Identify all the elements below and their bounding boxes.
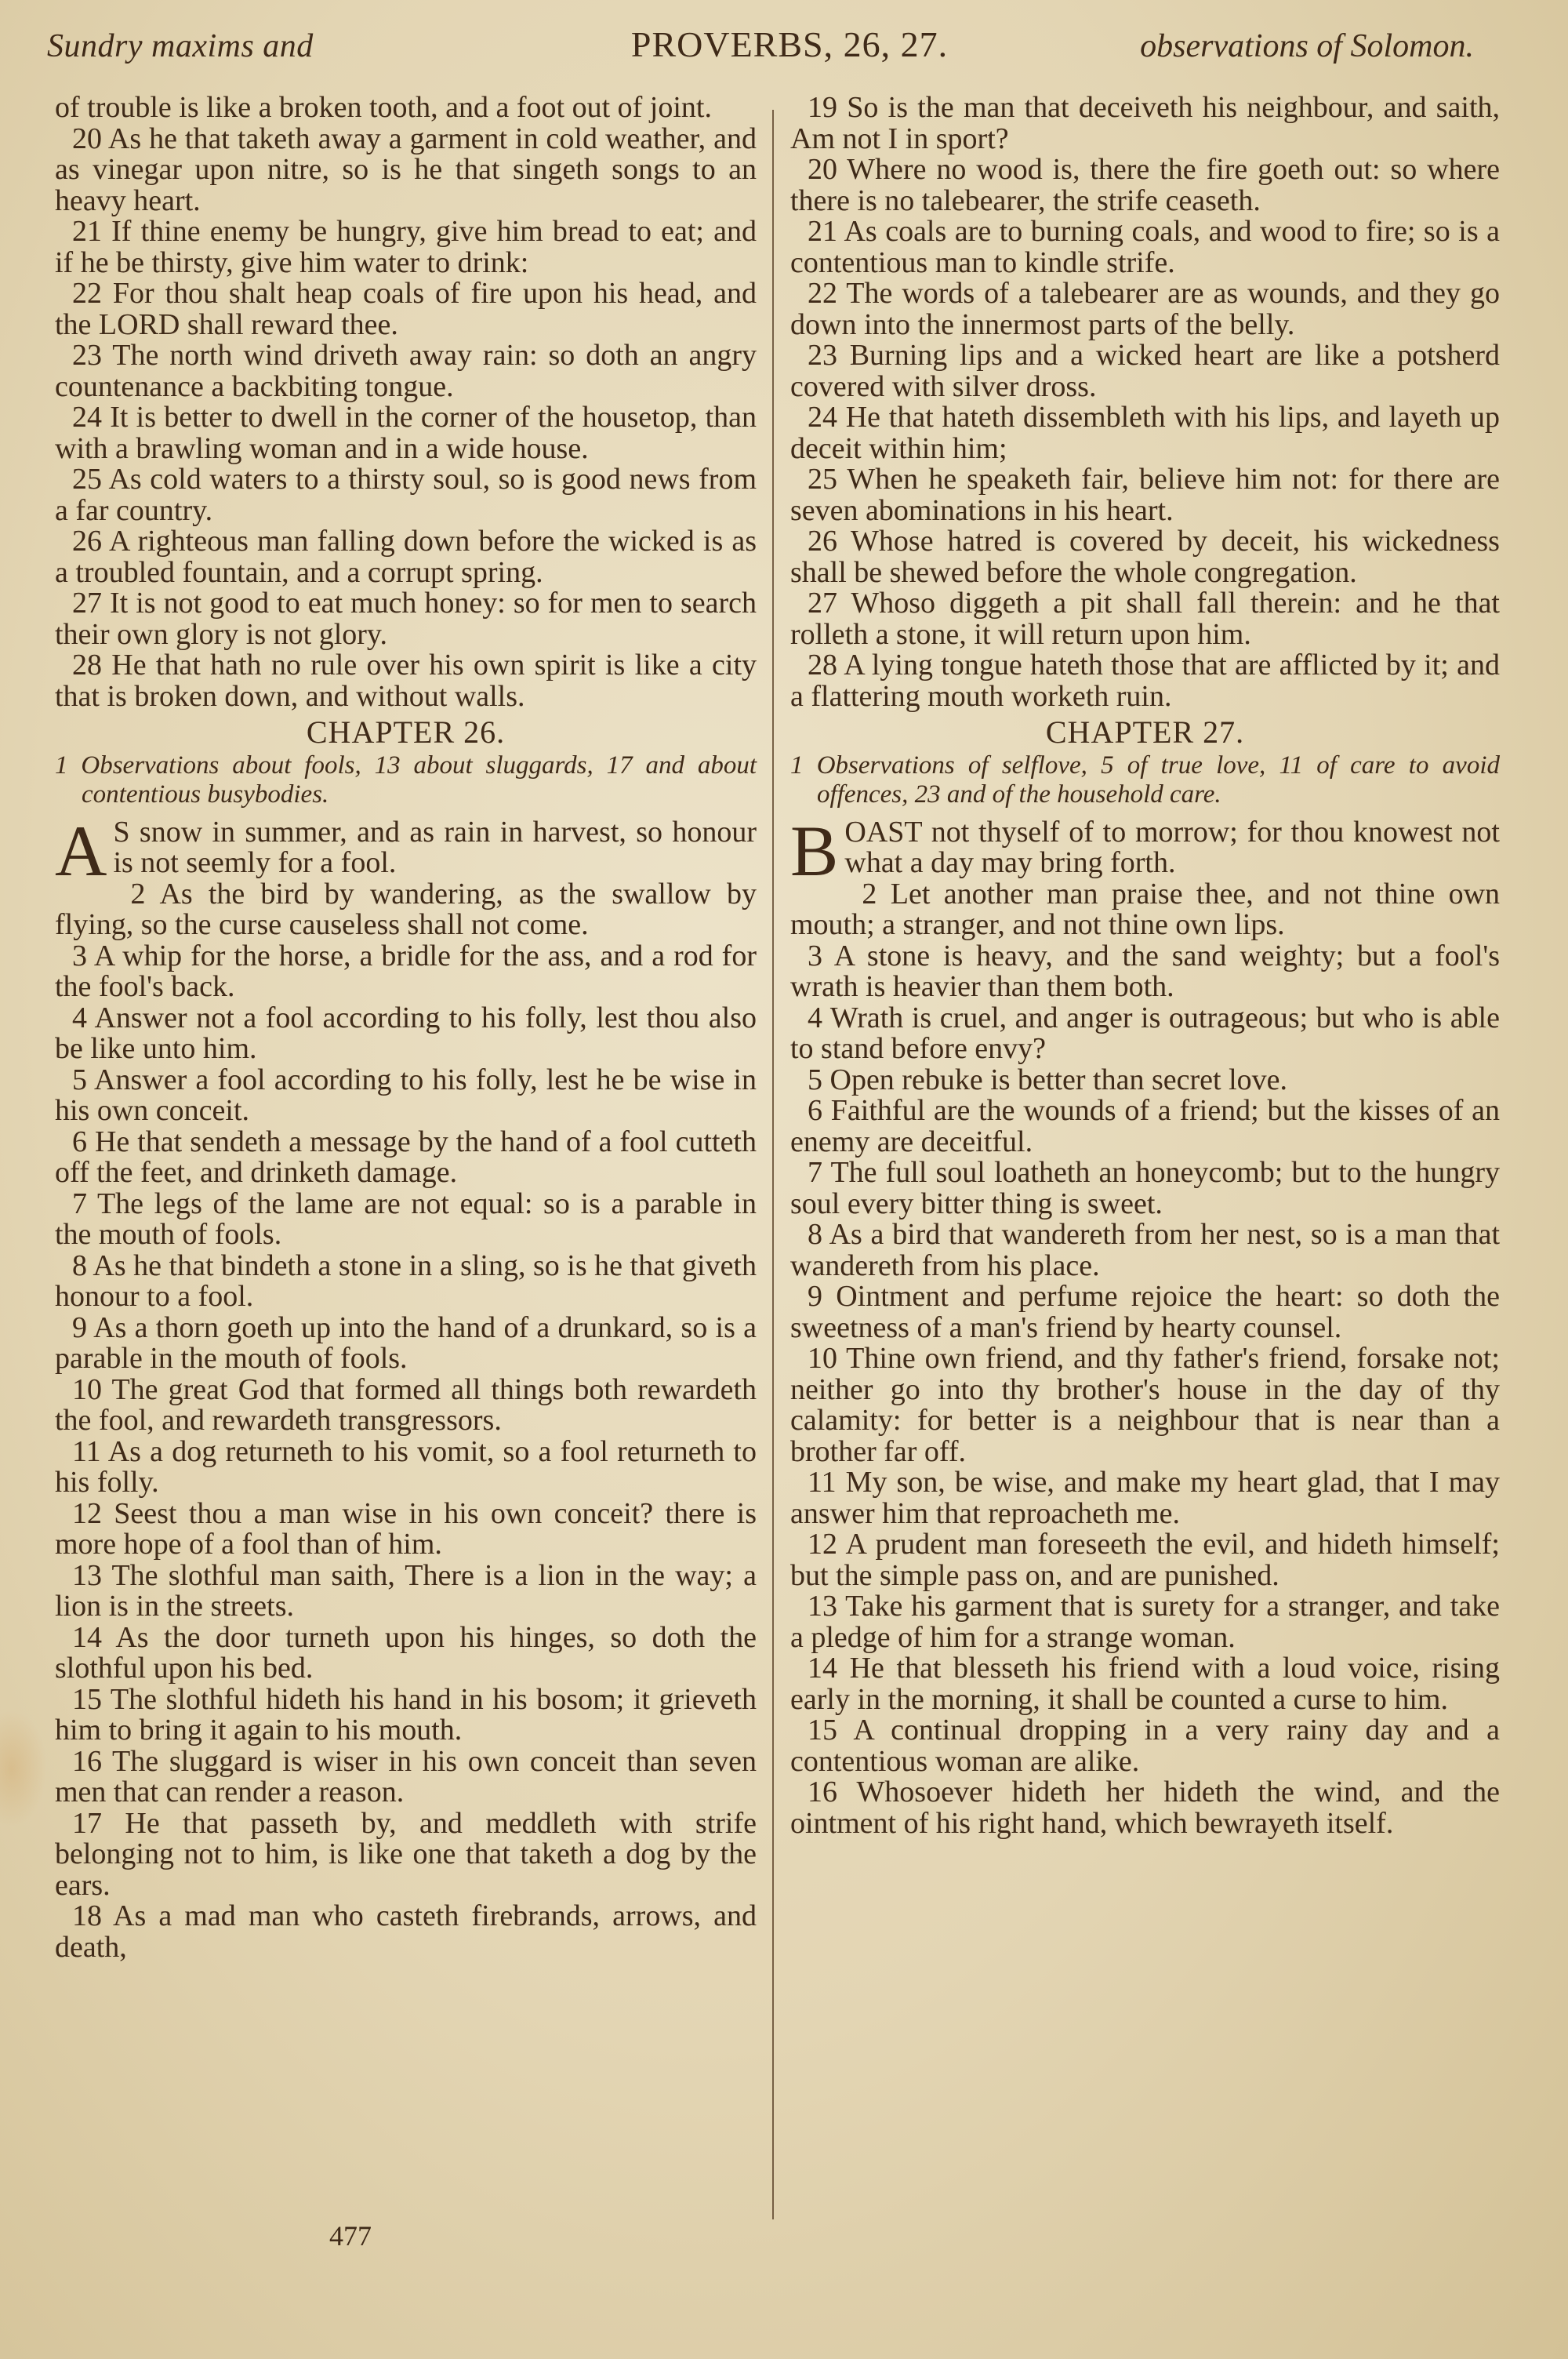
verse: 22 For thou shalt heap coals of fire upo…: [55, 278, 757, 340]
verse-text: The slothful hideth his hand in his boso…: [55, 1683, 757, 1747]
verse-number: 16: [808, 1776, 856, 1808]
verse-text: The slothful man saith, There is a lion …: [55, 1559, 757, 1623]
chapter-26-opening-verse: AS snow in summer, and as rain in harves…: [55, 817, 757, 879]
verse-text: The great God that formed all things bot…: [55, 1373, 757, 1438]
verse: 4 Wrath is cruel, and anger is outrageou…: [790, 1003, 1500, 1065]
verse: 13 The slothful man saith, There is a li…: [55, 1561, 757, 1623]
right-column: 19 So is the man that deceiveth his neig…: [790, 93, 1500, 1839]
verse: 17 He that passeth by, and meddleth with…: [55, 1808, 757, 1902]
verse: 5 Open rebuke is better than secret love…: [790, 1065, 1500, 1096]
verse-number: 17: [72, 1807, 125, 1840]
verse: 6 Faithful are the wounds of a friend; b…: [790, 1096, 1500, 1158]
verse: 5 Answer a fool according to his folly, …: [55, 1065, 757, 1127]
chapter-27-opening-verse: BOAST not thyself of to morrow; for thou…: [790, 817, 1500, 879]
verse-text: For thou shalt heap coals of fire upon h…: [55, 277, 757, 341]
verse-text: It is better to dwell in the corner of t…: [55, 401, 757, 465]
running-head-title: PROVERBS, 26, 27.: [631, 24, 948, 65]
verse-text: As the bird by wandering, as the swallow…: [55, 878, 757, 942]
verse-number: 25: [808, 463, 847, 496]
verse-text: Answer not a fool according to his folly…: [55, 1001, 757, 1066]
verse: 23 Burning lips and a wicked heart are l…: [790, 340, 1500, 402]
verse-text: Where no wood is, there the fire goeth o…: [790, 153, 1500, 217]
verse-number: 26: [72, 525, 109, 558]
verse-text: Take his garment that is surety for a st…: [790, 1590, 1500, 1654]
verse-number: 28: [808, 649, 844, 682]
verse-text: As he that taketh away a garment in cold…: [55, 122, 757, 217]
verse-text: As a mad man who casteth firebrands, arr…: [55, 1899, 757, 1964]
verse-text: My son, be wise, and make my heart glad,…: [790, 1466, 1500, 1530]
verse-text: A stone is heavy, and the sand weighty; …: [790, 940, 1500, 1004]
verse-number: 5: [72, 1063, 94, 1096]
verse-text: Answer a fool according to his folly, le…: [55, 1063, 757, 1128]
verse-text: The words of a talebearer are as wounds,…: [790, 277, 1500, 341]
verses-chapter-27: 2 Let another man praise thee, and not t…: [790, 879, 1500, 1840]
verse-text: He that hath no rule over his own spirit…: [55, 649, 757, 713]
verse-number: 7: [72, 1187, 97, 1220]
verse-number: 15: [808, 1714, 853, 1747]
drop-cap: B: [790, 820, 838, 881]
verse: 10 Thine own friend, and thy father's fr…: [790, 1343, 1500, 1467]
verse: 26 A righteous man falling down before t…: [55, 526, 757, 588]
verse-text: So is the man that deceiveth his neighbo…: [790, 91, 1500, 155]
verse-number: 16: [72, 1745, 112, 1778]
verse: 21 As coals are to burning coals, and wo…: [790, 216, 1500, 278]
verse-text: Whoso diggeth a pit shall fall therein: …: [790, 587, 1500, 651]
verse-text: He that sendeth a message by the hand of…: [55, 1125, 757, 1190]
verse: 28 A lying tongue hateth those that are …: [790, 650, 1500, 712]
verse-text: He that hateth dissembleth with his lips…: [790, 401, 1500, 465]
verse-number: 27: [72, 587, 110, 620]
verse-text: As cold waters to a thirsty soul, so is …: [55, 463, 757, 527]
verse-number: 13: [72, 1559, 111, 1592]
verse-text: Open rebuke is better than secret love.: [830, 1063, 1288, 1096]
verse: 20 Where no wood is, there the fire goet…: [790, 154, 1500, 216]
verse-continuation: of trouble is like a broken tooth, and a…: [55, 93, 757, 124]
verse: 7 The full soul loatheth an honeycomb; b…: [790, 1158, 1500, 1219]
verse-number: 2: [130, 878, 159, 911]
verse-text: He that blesseth his friend with a loud …: [790, 1652, 1500, 1716]
running-head-left: Sundry maxims and: [47, 27, 314, 65]
running-head: Sundry maxims and PROVERBS, 26, 27. obse…: [47, 24, 1474, 86]
verse: 28 He that hath no rule over his own spi…: [55, 650, 757, 712]
verse: 11 My son, be wise, and make my heart gl…: [790, 1467, 1500, 1529]
verse: 21 If thine enemy be hungry, give him br…: [55, 216, 757, 278]
chapter-26-summary: 1 Observations about fools, 13 about slu…: [55, 751, 757, 809]
column-divider: [772, 110, 774, 2219]
verse-number: 23: [808, 339, 850, 372]
verse-number: 2: [862, 878, 890, 911]
verse-text: A prudent man foreseeth the evil, and hi…: [790, 1528, 1500, 1592]
verse-text: As coals are to burning coals, and wood …: [790, 215, 1500, 279]
water-stain: [0, 1710, 47, 1827]
verse: 13 Take his garment that is surety for a…: [790, 1591, 1500, 1653]
verse-text: Let another man praise thee, and not thi…: [790, 878, 1500, 942]
verse: 10 The great God that formed all things …: [55, 1375, 757, 1437]
verse-text: A lying tongue hateth those that are aff…: [790, 649, 1500, 713]
verse-number: 3: [72, 940, 94, 972]
verse: 19 So is the man that deceiveth his neig…: [790, 93, 1500, 154]
opening-text: S snow in summer, and as rain in harvest…: [113, 816, 757, 880]
verse-text: A righteous man falling down before the …: [55, 525, 757, 589]
verse: 24 It is better to dwell in the corner o…: [55, 402, 757, 464]
verse: 24 He that hateth dissembleth with his l…: [790, 402, 1500, 464]
verse-number: 28: [72, 649, 111, 682]
verse-number: 14: [808, 1652, 850, 1685]
verse-number: 10: [808, 1342, 846, 1375]
verse-number: 14: [72, 1621, 115, 1654]
verse-number: 24: [808, 401, 846, 434]
verse-text: Wrath is cruel, and anger is outrageous;…: [790, 1001, 1500, 1066]
verse-text: Thine own friend, and thy father's frien…: [790, 1342, 1500, 1468]
verse-number: 22: [72, 277, 113, 310]
verse: 2 As the bird by wandering, as the swall…: [55, 879, 757, 941]
verse: 9 Ointment and perfume rejoice the heart…: [790, 1281, 1500, 1343]
verse-text: As a thorn goeth up into the hand of a d…: [55, 1311, 757, 1376]
verse-text: The legs of the lame are not equal: so i…: [55, 1187, 757, 1252]
verse: 9 As a thorn goeth up into the hand of a…: [55, 1313, 757, 1375]
verse-number: 20: [808, 153, 847, 186]
verse-number: 7: [808, 1156, 830, 1189]
verse-text: Seest thou a man wise in his own conceit…: [55, 1497, 757, 1561]
verse-text: The sluggard is wiser in his own conceit…: [55, 1745, 757, 1809]
bible-page: Sundry maxims and PROVERBS, 26, 27. obse…: [0, 0, 1568, 2359]
verse-number: 3: [808, 940, 834, 972]
verse-number: 13: [808, 1590, 845, 1623]
verse-number: 21: [808, 215, 844, 248]
verse-number: 12: [808, 1528, 846, 1561]
verses-chapter-25: 20 As he that taketh away a garment in c…: [55, 124, 757, 713]
verse-number: 9: [72, 1311, 93, 1344]
verse: 14 As the door turneth upon his hinges, …: [55, 1623, 757, 1685]
verse: 27 Whoso diggeth a pit shall fall therei…: [790, 588, 1500, 650]
chapter-26-heading: CHAPTER 26.: [55, 717, 757, 748]
verse-number: 9: [808, 1280, 836, 1313]
verse: 7 The legs of the lame are not equal: so…: [55, 1189, 757, 1251]
verse-number: 25: [72, 463, 108, 496]
verse-number: 21: [72, 215, 111, 248]
verse-number: 27: [808, 587, 851, 620]
verse-number: 4: [72, 1001, 94, 1034]
verse-number: 8: [72, 1249, 93, 1282]
verse: 18 As a mad man who casteth firebrands, …: [55, 1901, 757, 1963]
verse: 3 A stone is heavy, and the sand weighty…: [790, 941, 1500, 1003]
verse: 12 Seest thou a man wise in his own conc…: [55, 1499, 757, 1561]
verse-number: 12: [72, 1497, 114, 1530]
verse-number: 11: [72, 1435, 108, 1468]
left-column: of trouble is like a broken tooth, and a…: [55, 93, 757, 1963]
verse-text: As a dog returneth to his vomit, so a fo…: [55, 1435, 757, 1499]
verse-text: Burning lips and a wicked heart are like…: [790, 339, 1500, 403]
verse-number: 20: [72, 122, 108, 155]
verse: 27 It is not good to eat much honey: so …: [55, 588, 757, 650]
verse-number: 6: [72, 1125, 95, 1158]
verse-number: 8: [808, 1218, 829, 1251]
verse-text: When he speaketh fair, believe him not: …: [790, 463, 1500, 527]
verse: 8 As a bird that wandereth from her nest…: [790, 1219, 1500, 1281]
verse-text: Whose hatred is covered by deceit, his w…: [790, 525, 1500, 589]
verse: 12 A prudent man foreseeth the evil, and…: [790, 1529, 1500, 1591]
verses-chapter-26-cont: 19 So is the man that deceiveth his neig…: [790, 93, 1500, 712]
verse-text: The full soul loatheth an honeycomb; but…: [790, 1156, 1500, 1220]
verse-number: 6: [808, 1094, 831, 1127]
drop-cap: A: [55, 820, 107, 881]
verse-number: 11: [808, 1466, 846, 1499]
verse-number: 18: [72, 1899, 113, 1932]
verse: 15 A continual dropping in a very rainy …: [790, 1715, 1500, 1777]
verse: 26 Whose hatred is covered by deceit, hi…: [790, 526, 1500, 588]
chapter-27-heading: CHAPTER 27.: [790, 717, 1500, 748]
verse-text: As he that bindeth a stone in a sling, s…: [55, 1249, 757, 1314]
verse: 4 Answer not a fool according to his fol…: [55, 1003, 757, 1065]
opening-text: OAST not thyself of to morrow; for thou …: [844, 816, 1500, 880]
verse-number: 15: [72, 1683, 111, 1716]
verse: 20 As he that taketh away a garment in c…: [55, 124, 757, 217]
verse: 25 When he speaketh fair, believe him no…: [790, 464, 1500, 526]
verse-number: 19: [808, 91, 847, 124]
verse-text: It is not good to eat much honey: so for…: [55, 587, 757, 651]
verse: 8 As he that bindeth a stone in a sling,…: [55, 1251, 757, 1313]
verse: 23 The north wind driveth away rain: so …: [55, 340, 757, 402]
verse: 3 A whip for the horse, a bridle for the…: [55, 941, 757, 1003]
verse-text: Faithful are the wounds of a friend; but…: [790, 1094, 1500, 1158]
verse-number: 23: [72, 339, 112, 372]
verse-number: 22: [808, 277, 846, 310]
verse-number: 5: [808, 1063, 830, 1096]
verse-text: As the door turneth upon his hinges, so …: [55, 1621, 757, 1685]
verse-text: Whosoever hideth her hideth the wind, an…: [790, 1776, 1500, 1840]
page-number: 477: [329, 2219, 372, 2252]
verse-text: Ointment and perfume rejoice the heart: …: [790, 1280, 1500, 1344]
verse: 6 He that sendeth a message by the hand …: [55, 1127, 757, 1189]
verse: 22 The words of a talebearer are as woun…: [790, 278, 1500, 340]
verse: 11 As a dog returneth to his vomit, so a…: [55, 1437, 757, 1499]
chapter-27-summary: 1 Observations of selflove, 5 of true lo…: [790, 751, 1500, 809]
verse-text: A whip for the horse, a bridle for the a…: [55, 940, 757, 1004]
verses-chapter-26: 2 As the bird by wandering, as the swall…: [55, 879, 757, 1964]
verse-text: He that passeth by, and meddleth with st…: [55, 1807, 757, 1902]
verse-text: As a bird that wandereth from her nest, …: [790, 1218, 1500, 1282]
verse-text: The north wind driveth away rain: so dot…: [55, 339, 757, 403]
verse: 16 Whosoever hideth her hideth the wind,…: [790, 1777, 1500, 1839]
verse: 15 The slothful hideth his hand in his b…: [55, 1685, 757, 1747]
verse: 2 Let another man praise thee, and not t…: [790, 879, 1500, 941]
verse-text: If thine enemy be hungry, give him bread…: [55, 215, 757, 279]
verse-number: 4: [808, 1001, 830, 1034]
verse-text: A continual dropping in a very rainy day…: [790, 1714, 1500, 1778]
verse-number: 24: [72, 401, 110, 434]
verse: 25 As cold waters to a thirsty soul, so …: [55, 464, 757, 526]
verse: 16 The sluggard is wiser in his own conc…: [55, 1747, 757, 1808]
verse-number: 26: [808, 525, 851, 558]
running-head-right: observations of Solomon.: [1140, 27, 1474, 65]
verse: 14 He that blesseth his friend with a lo…: [790, 1653, 1500, 1715]
verse-number: 10: [72, 1373, 111, 1406]
